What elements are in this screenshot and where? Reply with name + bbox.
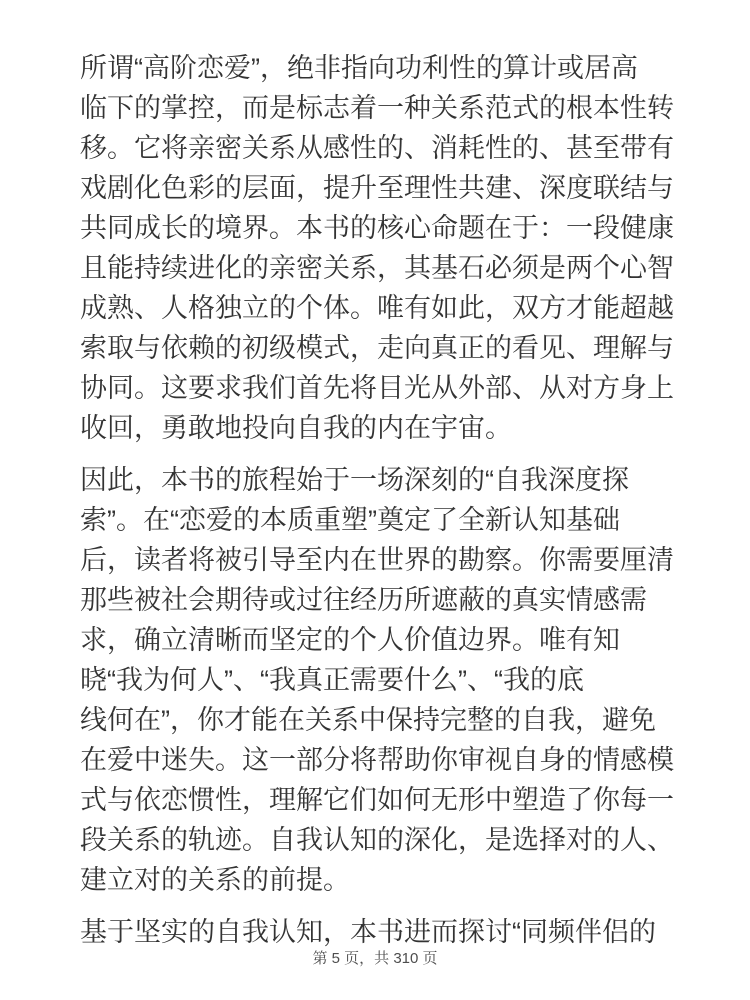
- document-text-body: 所谓“高阶恋爱”，绝非指向功利性的算计或居高临下的掌控，而是标志着一种关系范式的…: [80, 48, 680, 952]
- text-line: 晓“我为何人”、“我真正需要什么”、“我的底: [80, 660, 680, 700]
- text-line: 共同成长的境界。本书的核心命题在于：一段健康: [80, 208, 680, 248]
- text-line: 收回，勇敢地投向自我的内在宇宙。: [80, 408, 680, 448]
- paragraph: 基于坚实的自我认知，本书进而探讨“同频伴侣的: [80, 912, 680, 952]
- paragraph: 所谓“高阶恋爱”，绝非指向功利性的算计或居高临下的掌控，而是标志着一种关系范式的…: [80, 48, 680, 448]
- paragraph: 因此，本书的旅程始于一场深刻的“自我深度探索”。在“恋爱的本质重塑”奠定了全新认…: [80, 460, 680, 900]
- text-line: 索取与依赖的初级模式，走向真正的看见、理解与: [80, 328, 680, 368]
- page-number-footer: 第 5 页，共 310 页: [0, 948, 750, 970]
- text-line: 成熟、人格独立的个体。唯有如此，双方才能超越: [80, 288, 680, 328]
- text-line: 基于坚实的自我认知，本书进而探讨“同频伴侣的: [80, 912, 680, 952]
- text-line: 戏剧化色彩的层面，提升至理性共建、深度联结与: [80, 168, 680, 208]
- text-line: 移。它将亲密关系从感性的、消耗性的、甚至带有: [80, 128, 680, 168]
- text-line: 段关系的轨迹。自我认知的深化，是选择对的人、: [80, 820, 680, 860]
- document-page: 所谓“高阶恋爱”，绝非指向功利性的算计或居高临下的掌控，而是标志着一种关系范式的…: [0, 0, 750, 1000]
- text-line: 后，读者将被引导至内在世界的勘察。你需要厘清: [80, 540, 680, 580]
- text-line: 在爱中迷失。这一部分将帮助你审视自身的情感模: [80, 740, 680, 780]
- text-line: 且能持续进化的亲密关系，其基石必须是两个心智: [80, 248, 680, 288]
- text-line: 所谓“高阶恋爱”，绝非指向功利性的算计或居高: [80, 48, 680, 88]
- text-line: 那些被社会期待或过往经历所遮蔽的真实情感需: [80, 580, 680, 620]
- text-line: 协同。这要求我们首先将目光从外部、从对方身上: [80, 368, 680, 408]
- text-line: 求，确立清晰而坚定的个人价值边界。唯有知: [80, 620, 680, 660]
- text-line: 线何在”，你才能在关系中保持完整的自我，避免: [80, 700, 680, 740]
- text-line: 临下的掌控，而是标志着一种关系范式的根本性转: [80, 88, 680, 128]
- text-line: 建立对的关系的前提。: [80, 860, 680, 900]
- text-line: 因此，本书的旅程始于一场深刻的“自我深度探: [80, 460, 680, 500]
- text-line: 索”。在“恋爱的本质重塑”奠定了全新认知基础: [80, 500, 680, 540]
- text-line: 式与依恋惯性，理解它们如何无形中塑造了你每一: [80, 780, 680, 820]
